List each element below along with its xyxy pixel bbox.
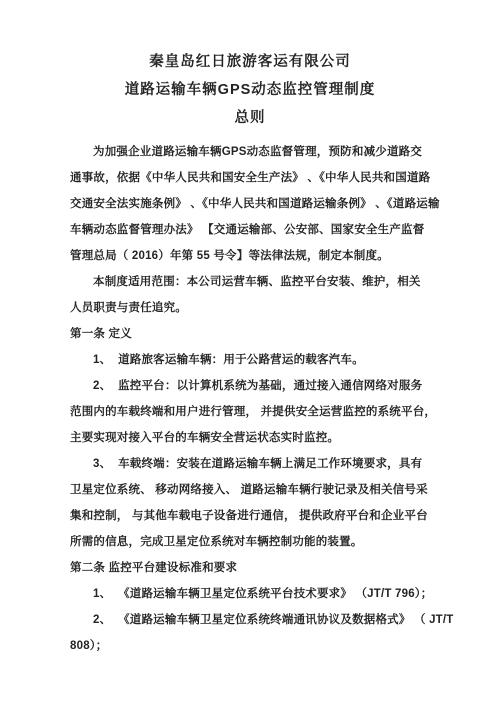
document-line: 主要实现对接入平台的车辆安全营运状态实时监控。 bbox=[70, 425, 430, 451]
document-line: 车辆动态监督管理办法》 【交通运输部、公安部、国家安全生产监督 bbox=[70, 217, 430, 243]
document-body: 为加强企业道路运输车辆GPS动态监督管理，预防和减少道路交 通事故，依据《中华人… bbox=[70, 139, 430, 659]
document-line: 通事故，依据《中华人民共和国安全生产法》 、《中华人民共和国道路 bbox=[70, 165, 430, 191]
document-section-heading: 第一条 定义 bbox=[70, 321, 430, 347]
document-list-item: 1、 《道路运输车辆卫星定位系统平台技术要求》 （JT/T 796）； bbox=[70, 581, 430, 607]
document-line: 本制度适用范围：本公司运营车辆、监控平台安装、维护，相关 bbox=[70, 269, 430, 295]
document-list-item: 2、 监控平台：以计算机系统为基础，通过接入通信网络对服务 bbox=[70, 373, 430, 399]
document-title-general-rules: 总则 bbox=[0, 104, 500, 132]
document-line: 所需的信息，完成卫星定位系统对车辆控制功能的装置。 bbox=[70, 529, 430, 555]
document-line: 交通安全法实施条例》 、《中华人民共和国道路运输条例》 、《道路运输 bbox=[70, 191, 430, 217]
document-title-company: 秦皇岛红日旅游客运有限公司 bbox=[0, 48, 500, 76]
document-title-block: 秦皇岛红日旅游客运有限公司 道路运输车辆GPS动态监控管理制度 总则 bbox=[0, 0, 500, 132]
document-list-item: 3、 车载终端：安装在道路运输车辆上满足工作环境要求，具有 bbox=[70, 451, 430, 477]
document-line: 管理总局（ 2016）年第 55 号令】等法律法规，制定本制度。 bbox=[70, 243, 430, 269]
document-line: 集和控制， 与其他车载电子设备进行通信， 提供政府平台和企业平台 bbox=[70, 503, 430, 529]
document-section-heading: 第二条 监控平台建设标准和要求 bbox=[70, 555, 430, 581]
document-line: 为加强企业道路运输车辆GPS动态监督管理，预防和减少道路交 bbox=[70, 139, 430, 165]
document-line: 范围内的车载终端和用户进行管理， 并提供安全运营监控的系统平台， bbox=[70, 399, 430, 425]
document-line: 808）； bbox=[70, 633, 430, 659]
document-title-main: 道路运输车辆GPS动态监控管理制度 bbox=[0, 76, 500, 104]
document-line: 人员职责与责任追究。 bbox=[70, 295, 430, 321]
document-page: 秦皇岛红日旅游客运有限公司 道路运输车辆GPS动态监控管理制度 总则 为加强企业… bbox=[0, 0, 500, 708]
document-list-item: 2、 《道路运输车辆卫星定位系统终端通讯协议及数据格式》 （ JT/T bbox=[70, 607, 430, 633]
document-line: 卫星定位系统、 移动网络接入、 道路运输车辆行驶记录及相关信号采 bbox=[70, 477, 430, 503]
document-list-item: 1、 道路旅客运输车辆：用于公路营运的载客汽车。 bbox=[70, 347, 430, 373]
